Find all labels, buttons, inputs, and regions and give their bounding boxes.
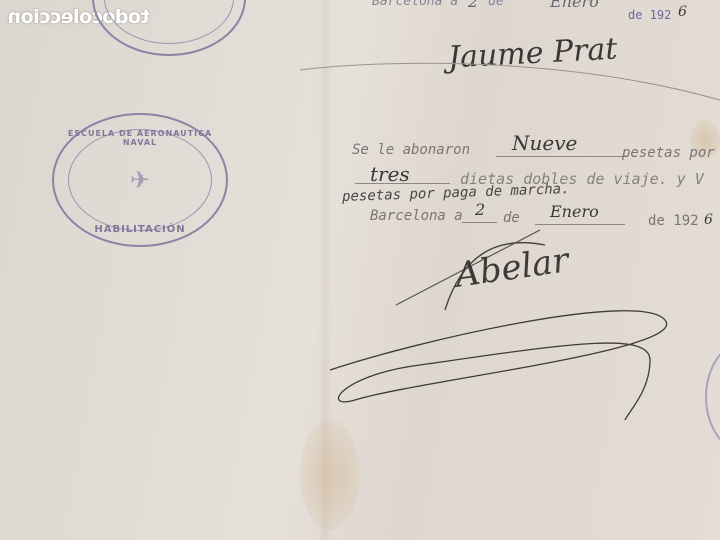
signature-flourish-graphic (0, 0, 720, 540)
